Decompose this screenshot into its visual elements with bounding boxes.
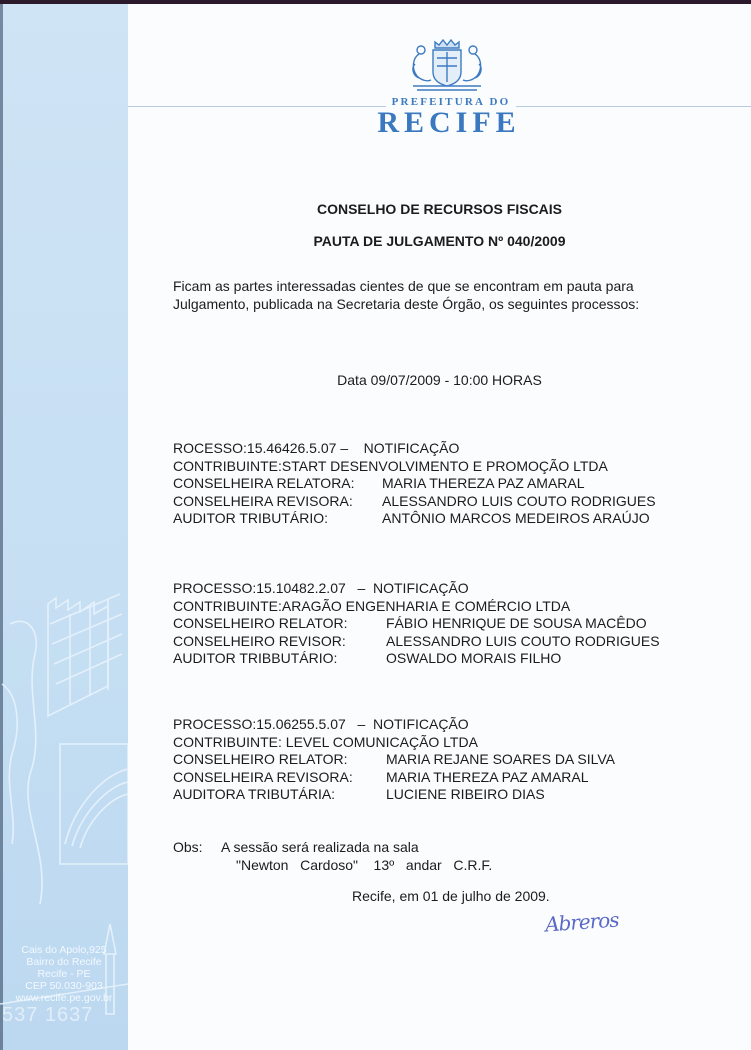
watermark-years: 537 1637 [2, 1004, 93, 1027]
address-cep: CEP 50.030-903 [0, 980, 128, 992]
process-row: AUDITOR TRIBUTÁRIO:ANTÔNIO MARCOS MEDEIR… [173, 510, 656, 528]
process-header: PROCESSO:15.10482.2.07 – NOTIFICAÇÃO [173, 580, 660, 598]
process-block: PROCESSO:15.06255.5.07 – NOTIFICAÇÃO CON… [173, 716, 615, 804]
process-header: PROCESSO:15.06255.5.07 – NOTIFICAÇÃO [173, 716, 615, 734]
address-district: Bairro do Recife [0, 956, 128, 968]
role-label: CONSELHEIRA RELATORA: [173, 475, 382, 493]
role-label: CONSELHEIRO REVISOR: [173, 633, 386, 651]
process-row: CONSELHEIRO REVISOR:ALESSANDRO LUIS COUT… [173, 633, 660, 651]
process-taxpayer: CONTRIBUINTE: LEVEL COMUNICAÇÃO LTDA [173, 734, 615, 752]
org-name-line2: RECIFE [374, 106, 524, 140]
role-value: MARIA THEREZA PAZ AMARAL [386, 769, 589, 785]
letterhead-side-band: Cais do Apolo,925 Bairro do Recife Recif… [0, 4, 128, 1050]
role-label: AUDITOR TRIBBUTÁRIO: [173, 650, 386, 668]
intro-line-2: Julgamento, publicada na Secretaria dest… [173, 295, 639, 313]
role-label: CONSELHEIRA REVISORA: [173, 493, 382, 511]
role-value: LUCIENE RIBEIRO DIAS [386, 786, 545, 802]
process-row: AUDITORA TRIBUTÁRIA:LUCIENE RIBEIRO DIAS [173, 786, 615, 804]
obs-label: Obs: [173, 838, 221, 856]
session-date: Data 09/07/2009 - 10:00 HORAS [128, 372, 751, 388]
process-row: CONSELHEIRA REVISORA:MARIA THEREZA PAZ A… [173, 769, 615, 787]
role-value: MARIA REJANE SOARES DA SILVA [386, 751, 615, 767]
role-value: MARIA THEREZA PAZ AMARAL [382, 475, 585, 491]
coat-of-arms-icon [405, 34, 489, 94]
observation: Obs:A sessão será realizada na sala "New… [173, 838, 492, 874]
role-label: CONSELHEIRO RELATOR: [173, 615, 386, 633]
intro-paragraph: Ficam as partes interessadas cientes de … [173, 277, 639, 313]
role-label: CONSELHEIRA REVISORA: [173, 769, 386, 787]
process-taxpayer: CONTRIBUINTE:ARAGÃO ENGENHARIA E COMÉRCI… [173, 598, 660, 616]
role-label: AUDITOR TRIBUTÁRIO: [173, 510, 382, 528]
process-row: CONSELHEIRA RELATORA:MARIA THEREZA PAZ A… [173, 475, 656, 493]
process-block: PROCESSO:15.10482.2.07 – NOTIFICAÇÃO CON… [173, 580, 660, 668]
process-row: CONSELHEIRA REVISORA:ALESSANDRO LUIS COU… [173, 493, 656, 511]
process-taxpayer: CONTRIBUINTE:START DESENVOLVIMENTO E PRO… [173, 458, 656, 476]
role-value: OSWALDO MORAIS FILHO [386, 650, 561, 666]
document-title: CONSELHO DE RECURSOS FISCAIS [128, 201, 751, 217]
document-subtitle: PAUTA DE JULGAMENTO Nº 040/2009 [128, 233, 751, 249]
obs-line-2: "Newton Cardoso" 13º andar C.R.F. [173, 856, 492, 874]
role-value: ALESSANDRO LUIS COUTO RODRIGUES [382, 493, 656, 509]
intro-line-1: Ficam as partes interessadas cientes de … [173, 277, 639, 295]
obs-line-1: A sessão será realizada na sala [221, 839, 419, 855]
role-label: AUDITORA TRIBUTÁRIA: [173, 786, 386, 804]
address-street: Cais do Apolo,925 [0, 944, 128, 956]
role-value: ALESSANDRO LUIS COUTO RODRIGUES [386, 633, 660, 649]
address-website: www.recife.pe.gov.br [0, 992, 128, 1004]
address-block: Cais do Apolo,925 Bairro do Recife Recif… [0, 944, 128, 1004]
process-row: CONSELHEIRO RELATOR:FÁBIO HENRIQUE DE SO… [173, 615, 660, 633]
place-and-date: Recife, em 01 de julho de 2009. [352, 888, 550, 904]
role-value: FÁBIO HENRIQUE DE SOUSA MACÊDO [386, 615, 647, 631]
process-row: CONSELHEIRO RELATOR:MARIA REJANE SOARES … [173, 751, 615, 769]
signature: Abreros [544, 907, 619, 936]
address-city: Recife - PE [0, 968, 128, 980]
process-header: ROCESSO:15.46426.5.07 – NOTIFICAÇÃO [173, 440, 656, 458]
process-row: AUDITOR TRIBBUTÁRIO:OSWALDO MORAIS FILHO [173, 650, 660, 668]
role-value: ANTÔNIO MARCOS MEDEIROS ARAÚJO [382, 510, 650, 526]
process-block: ROCESSO:15.46426.5.07 – NOTIFICAÇÃO CONT… [173, 440, 656, 528]
role-label: CONSELHEIRO RELATOR: [173, 751, 386, 769]
